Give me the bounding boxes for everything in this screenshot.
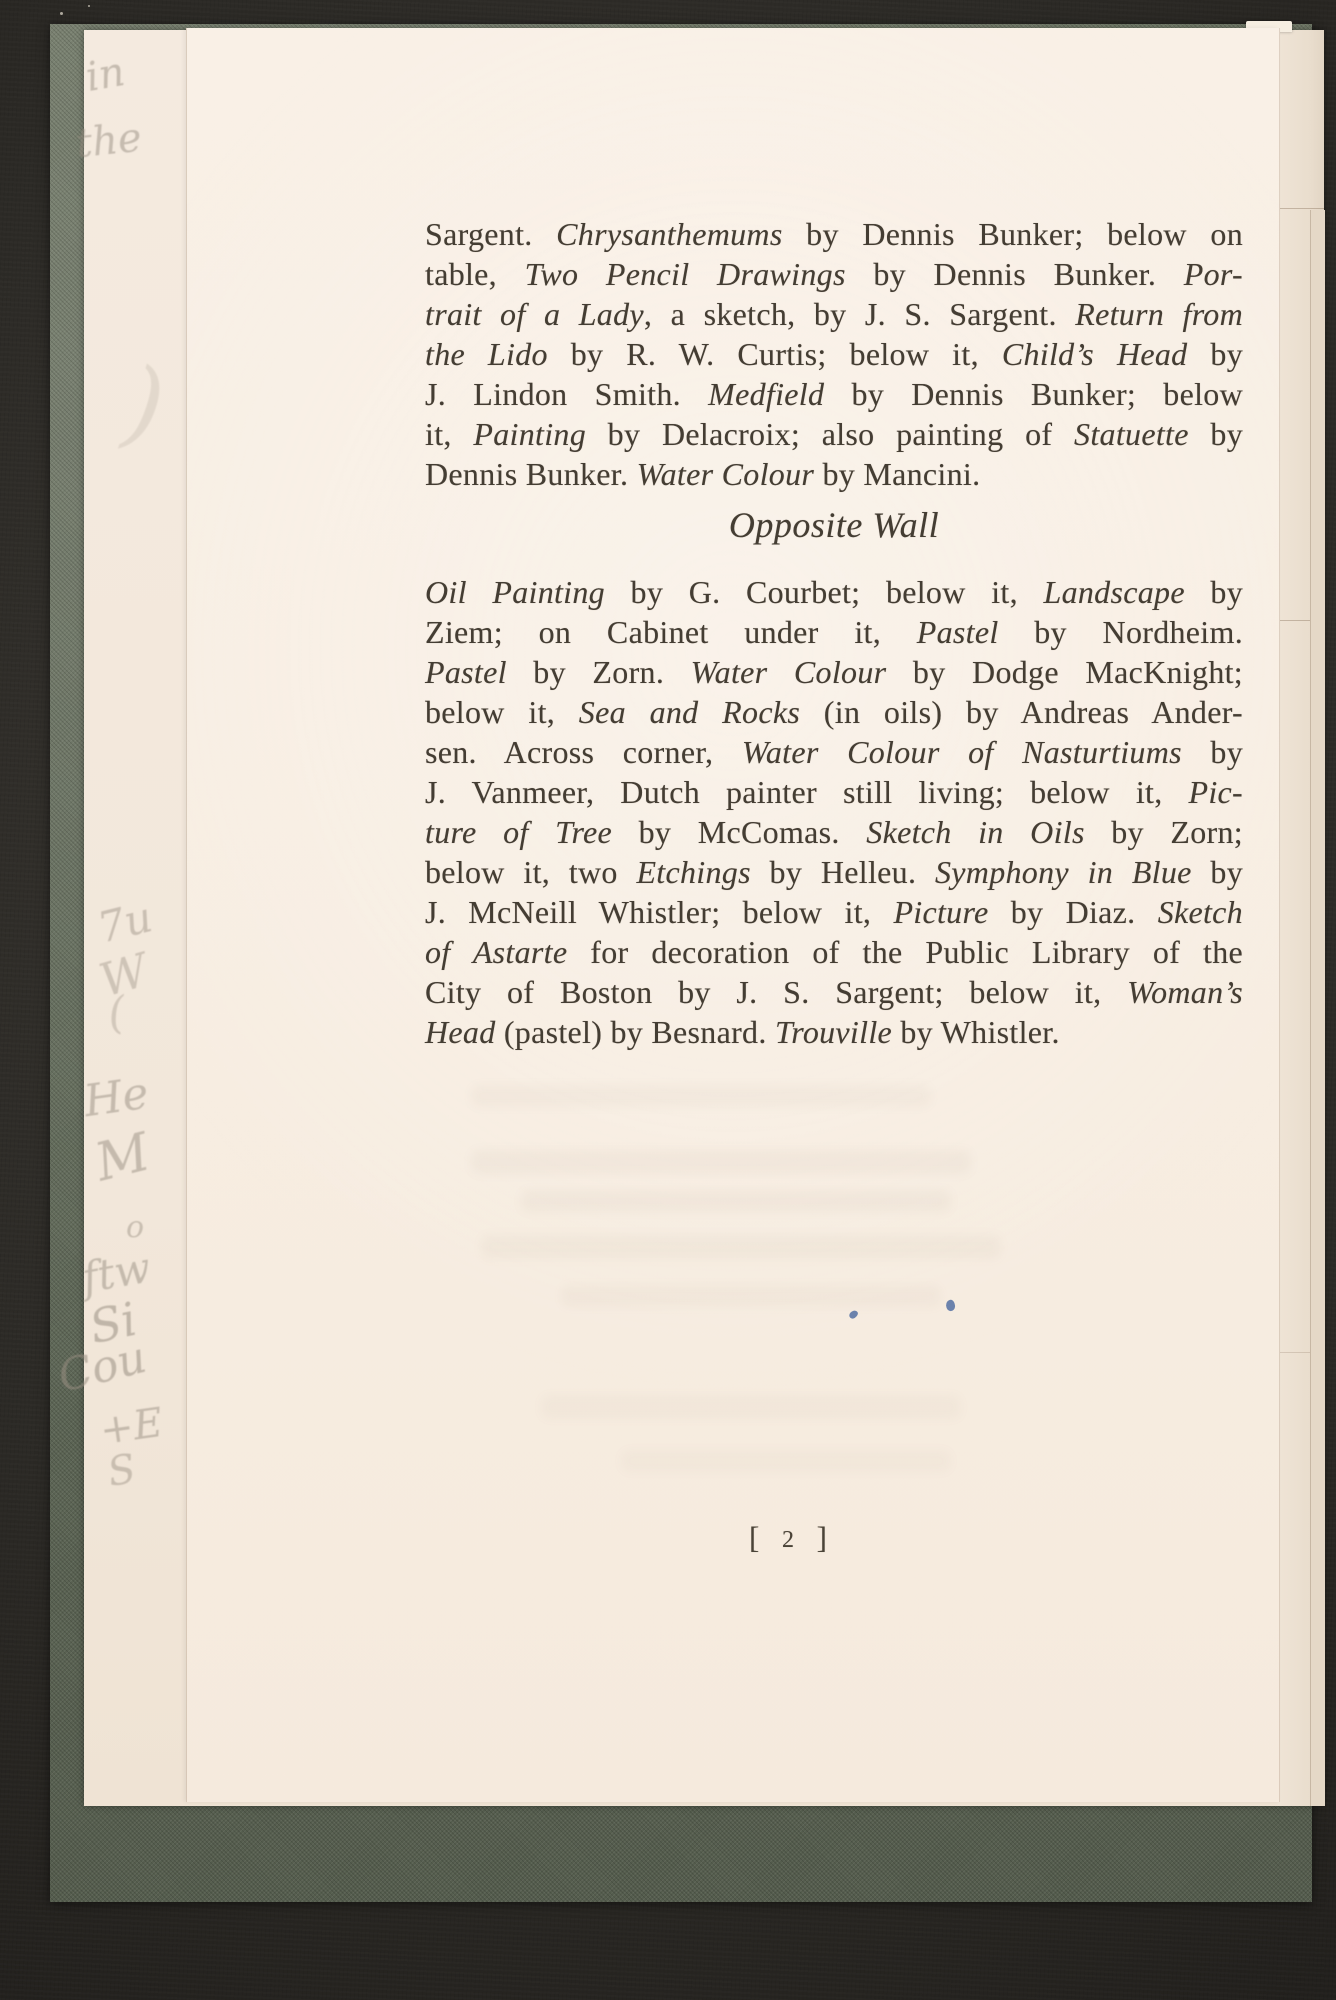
printed-text-line: below it, two Etchings by Helleu. Sympho… bbox=[425, 852, 1243, 892]
showthrough-smudge bbox=[561, 1285, 941, 1307]
printed-text-line: J. Vanmeer, Dutch painter still living; … bbox=[425, 772, 1243, 812]
page-number: [ 2 ] bbox=[749, 1520, 827, 1556]
page-edge-step bbox=[1310, 210, 1325, 1806]
showthrough-smudge bbox=[471, 1085, 931, 1107]
catalog-page: Sargent. Chrysanthemums by Dennis Bunker… bbox=[186, 28, 1280, 1802]
dust-speck bbox=[60, 12, 63, 15]
paragraph-opposite-wall: Oil Painting by G. Courbet; below it, La… bbox=[425, 572, 1243, 1052]
page-edge-seam bbox=[1277, 1352, 1310, 1353]
showthrough-smudge bbox=[541, 1395, 961, 1419]
printed-text-line: of Astarte for decoration of the Public … bbox=[425, 932, 1243, 972]
showthrough-smudge bbox=[471, 1150, 971, 1174]
pencil-note: He bbox=[81, 1068, 152, 1127]
printed-text-line: table, Two Pencil Drawings by Dennis Bun… bbox=[425, 254, 1243, 294]
page-edge-seam bbox=[1277, 208, 1324, 209]
printed-text-line: J. McNeill Whistler; below it, Picture b… bbox=[425, 892, 1243, 932]
showthrough-smudge bbox=[481, 1235, 1001, 1259]
printed-text-line: Ziem; on Cabinet under it, Pastel by Nor… bbox=[425, 612, 1243, 652]
folio-digit: 2 bbox=[782, 1523, 794, 1554]
scanned-book-photo: Sargent. Chrysanthemums by Dennis Bunker… bbox=[0, 0, 1336, 2000]
dust-speck bbox=[88, 5, 90, 7]
printed-text-line: below it, Sea and Rocks (in oils) by And… bbox=[425, 692, 1243, 732]
page-edge-seam bbox=[1277, 620, 1310, 621]
folio-close-bracket: ] bbox=[817, 1520, 827, 1556]
printed-text-line: Oil Painting by G. Courbet; below it, La… bbox=[425, 572, 1243, 612]
pencil-note: o bbox=[126, 1210, 144, 1245]
printed-text-line: J. Lindon Smith. Medfield by Dennis Bunk… bbox=[425, 374, 1243, 414]
printed-text-line: it, Painting by Delacroix; also painting… bbox=[425, 414, 1243, 454]
printed-text-line: Dennis Bunker. Water Colour by Mancini. bbox=[425, 454, 1243, 494]
pencil-note: the bbox=[74, 115, 144, 168]
printed-text-line: Sargent. Chrysanthemums by Dennis Bunker… bbox=[425, 214, 1243, 254]
printed-text-line: the Lido by R. W. Curtis; below it, Chil… bbox=[425, 334, 1243, 374]
folio-open-bracket: [ bbox=[749, 1520, 759, 1556]
pencil-note: in bbox=[82, 49, 128, 101]
showthrough-smudge bbox=[521, 1190, 951, 1212]
printed-text-line: ture of Tree by McComas. Sketch in Oils … bbox=[425, 812, 1243, 852]
printed-text-line: Head (pastel) by Besnard. Trouville by W… bbox=[425, 1012, 1243, 1052]
printed-text-line: Pastel by Zorn. Water Colour by Dodge Ma… bbox=[425, 652, 1243, 692]
printed-text-line: City of Boston by J. S. Sargent; below i… bbox=[425, 972, 1243, 1012]
printed-text-line: trait of a Lady, a sketch, by J. S. Sarg… bbox=[425, 294, 1243, 334]
paragraph-wall-description: Sargent. Chrysanthemums by Dennis Bunker… bbox=[425, 214, 1243, 494]
printed-text-line: sen. Across corner, Water Colour of Nast… bbox=[425, 732, 1243, 772]
section-heading: Opposite Wall bbox=[425, 504, 1243, 546]
showthrough-smudge bbox=[621, 1450, 951, 1472]
